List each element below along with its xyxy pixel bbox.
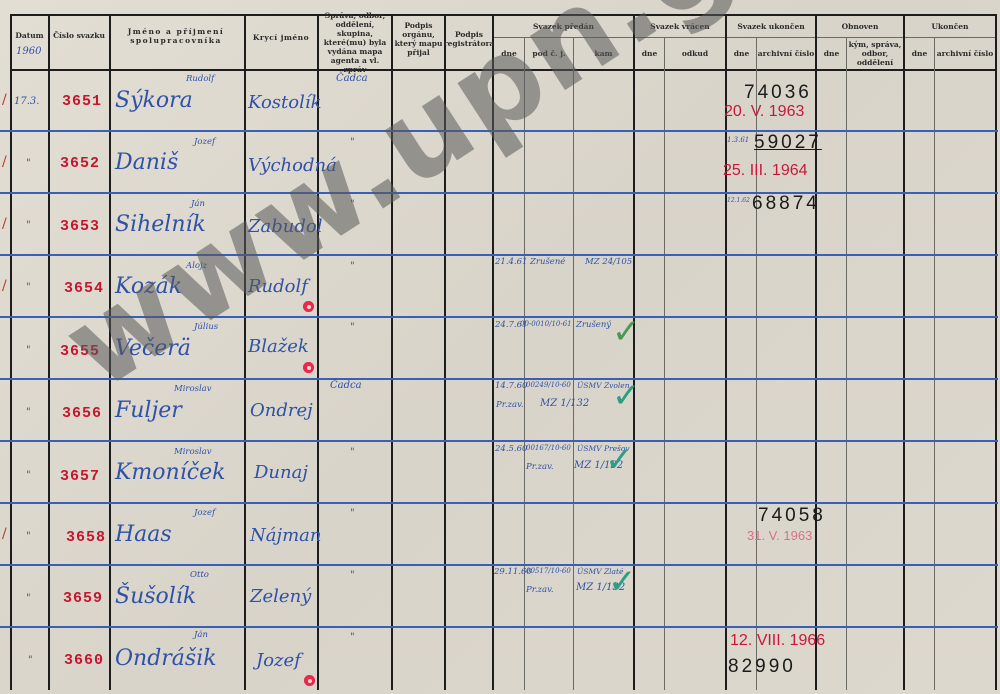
row-end-date-stamp: 20. V. 1963	[724, 103, 804, 121]
row-sprava: Čadca	[336, 73, 368, 84]
row-end-date-stamp: 31. V. 1963	[747, 528, 812, 543]
row-datum: "	[26, 531, 31, 542]
header-bottom-border	[10, 69, 996, 71]
col-line	[934, 37, 935, 690]
row-handed-ref: 00-0010/10-61	[520, 320, 572, 328]
row-codename: Blažek	[248, 336, 309, 357]
row-cislo: 3653	[60, 218, 100, 235]
col-line	[903, 14, 905, 690]
col-line	[573, 37, 574, 690]
col-line	[815, 14, 817, 690]
row-archive-number: 74058	[758, 505, 826, 527]
row-handed-day: 24.5.60	[495, 444, 527, 454]
row-cislo: 3657	[60, 468, 100, 485]
row-handed-ref: 00167/10-60	[526, 444, 571, 452]
col-line	[244, 14, 246, 690]
header-podpis-organu: Podpis orgánu, který mapu přijal	[393, 24, 444, 54]
header-ukoncen2-dne: dne	[905, 46, 934, 60]
registry-page: Datum 1960 Číslo svazku Jméno a příjmení…	[0, 0, 1000, 694]
header-ukoncen-dne: dne	[727, 46, 756, 60]
row-surname: Daniš	[115, 150, 178, 175]
checkmark-icon: ✓	[612, 376, 641, 416]
row-surname: Ondrášik	[115, 646, 217, 671]
header-jmeno: Jméno a příjmení spolupracovníka	[120, 24, 232, 48]
header-datum: Datum	[11, 28, 48, 42]
row-handed-day: 14.7.60	[495, 381, 527, 391]
col-line	[109, 14, 111, 690]
row-first-name: Rudolf	[186, 74, 214, 84]
row-datum: "	[26, 593, 31, 604]
header-sprava: Správa, odbor, oddělení, skupina, které(…	[319, 16, 391, 68]
row-handed-ref-note: Pr.zav.	[526, 585, 554, 595]
row-end-date-stamp: 25. III. 1964	[723, 162, 808, 180]
row-archive-number: 74036	[744, 82, 812, 104]
margin-tick: /	[2, 278, 7, 294]
row-surname: Sihelník	[115, 212, 206, 237]
row-codename: Zabudol	[248, 216, 322, 237]
row-divider	[0, 564, 998, 566]
row-first-name: Otto	[190, 570, 209, 580]
punch-hole-icon	[304, 675, 315, 686]
header-svazek-ukoncen: Svazek ukončen	[727, 18, 815, 34]
row-datum: "	[26, 220, 31, 231]
header-podpis-registratora: Podpis registrátora	[446, 28, 492, 50]
col-line	[524, 37, 525, 690]
margin-tick: /	[2, 526, 7, 542]
row-handed-day-note: Pr.zav.	[496, 400, 524, 410]
row-divider	[0, 502, 998, 504]
row-cislo: 3660	[64, 652, 104, 669]
header-year: 1960	[16, 46, 41, 57]
row-datum: 17.3.	[14, 96, 39, 107]
row-sprava: Čadca	[330, 380, 362, 391]
row-sprava: "	[350, 261, 355, 272]
row-codename: Zelený	[250, 586, 311, 607]
row-handed-ref: Zrušené	[530, 257, 565, 267]
row-surname: Sýkora	[115, 88, 193, 113]
header-predan-dne: dne	[494, 46, 524, 60]
col-line	[444, 14, 446, 690]
row-archive-number: 59027	[754, 132, 822, 154]
row-divider	[0, 440, 998, 442]
row-cislo: 3654	[64, 280, 104, 297]
col-line	[391, 14, 393, 690]
row-end-day: 1.3.61	[727, 136, 749, 144]
row-surname: Šušolík	[115, 584, 196, 609]
margin-tick: /	[2, 154, 7, 170]
row-codename: Nájman	[250, 525, 321, 546]
row-datum: "	[28, 655, 33, 666]
punch-hole-icon	[303, 301, 314, 312]
row-handed-where: MZ 24/105	[585, 257, 632, 267]
row-sprava: "	[350, 632, 355, 643]
header-vracen-odkud: odkud	[665, 46, 725, 60]
header-obnoven-kym: kým, správa, odbor, oddělení	[847, 40, 903, 66]
row-first-name: Alojz	[186, 261, 207, 271]
row-codename: Ondrej	[250, 400, 313, 421]
row-cislo: 3655	[60, 343, 100, 360]
row-datum: "	[26, 470, 31, 481]
row-first-name: Ján	[194, 630, 208, 640]
row-divider	[0, 192, 998, 194]
row-archive-number: 82990	[728, 656, 796, 678]
row-codename: Kostolík	[248, 92, 322, 113]
col-line	[48, 14, 50, 690]
header-ukoncen-archivni: archivní číslo	[757, 46, 815, 60]
row-first-name: Miroslav	[174, 447, 212, 457]
row-surname: Haas	[115, 522, 172, 547]
row-cislo: 3652	[60, 155, 100, 172]
row-sprava: "	[350, 570, 355, 581]
row-sprava: "	[350, 199, 355, 210]
row-surname: Kmoníček	[115, 460, 225, 485]
row-datum: "	[26, 345, 31, 356]
row-codename: Dunaj	[254, 462, 308, 483]
margin-tick: /	[2, 92, 7, 108]
row-cislo: 3651	[62, 93, 102, 110]
checkmark-icon: ✓	[612, 312, 641, 352]
col-line	[664, 37, 665, 690]
row-end-day: 12.1.62	[727, 197, 750, 204]
row-surname: Fuljer	[115, 398, 182, 423]
row-handed-where: Zrušený	[576, 320, 611, 330]
row-handed-ref: 00517/10-60	[526, 567, 571, 575]
checkmark-icon: ✓	[608, 562, 637, 602]
punch-hole-icon	[303, 362, 314, 373]
row-divider	[0, 626, 998, 628]
row-handed-ref-note: Pr.zav.	[526, 462, 554, 472]
row-first-name: Jozef	[194, 508, 215, 518]
col-line	[995, 14, 997, 690]
row-sprava: "	[350, 508, 355, 519]
row-cislo: 3656	[62, 405, 102, 422]
row-sprava: "	[350, 447, 355, 458]
row-first-name: Július	[194, 322, 218, 332]
row-datum: "	[26, 282, 31, 293]
row-codename: Jozef	[256, 650, 301, 671]
header-obnoven-dne: dne	[817, 46, 846, 60]
header-ukoncen2: Ukončen	[905, 18, 995, 34]
header-vracen-dne: dne	[635, 46, 664, 60]
row-sprava: "	[350, 322, 355, 333]
row-cislo: 3658	[66, 529, 106, 546]
row-first-name: Jozef	[194, 137, 215, 147]
header-predan-kam: kam	[574, 46, 633, 60]
row-archive-number: 68874	[752, 193, 820, 215]
header-predan-pod-cj: pod č. j.	[525, 46, 573, 60]
checkmark-icon: ✓	[605, 440, 634, 480]
row-handed-day: 21.4.61	[495, 257, 527, 267]
row-end-date-stamp: 12. VIII. 1966	[730, 632, 825, 650]
row-codename: Rudolf	[248, 276, 308, 297]
header-sub-divider	[493, 37, 996, 38]
col-line	[317, 14, 319, 690]
row-handed-ref: 00249/10-60	[526, 381, 571, 389]
row-codename: Východná	[248, 155, 337, 176]
row-cislo: 3659	[63, 590, 103, 607]
row-divider	[0, 254, 998, 256]
row-datum: "	[26, 158, 31, 169]
row-sprava: "	[350, 137, 355, 148]
header-kryci-jmeno: Krycí jméno	[246, 30, 316, 44]
col-line	[10, 14, 12, 690]
header-cislo-svazku: Číslo svazku	[50, 28, 108, 42]
header-svazek-predan: Svazek předán	[494, 18, 633, 34]
margin-tick: /	[2, 216, 7, 232]
row-first-name: Miroslav	[174, 384, 212, 394]
col-line	[492, 14, 494, 690]
row-surname: Večerä	[115, 336, 191, 361]
row-datum: "	[26, 407, 31, 418]
header-svazek-vracen: Svazek vrácen	[635, 18, 725, 34]
header-top-border	[10, 14, 996, 16]
row-first-name: Ján	[191, 199, 205, 209]
row-divider	[0, 316, 998, 318]
col-line	[846, 37, 847, 690]
row-handed-where-ref: MZ 1/132	[540, 398, 589, 409]
row-divider	[0, 130, 998, 132]
row-surname: Kozák	[115, 274, 182, 299]
row-divider	[0, 378, 998, 380]
header-ukoncen2-archivni: archivní číslo	[935, 46, 995, 60]
header-obnoven: Obnoven	[817, 18, 903, 34]
